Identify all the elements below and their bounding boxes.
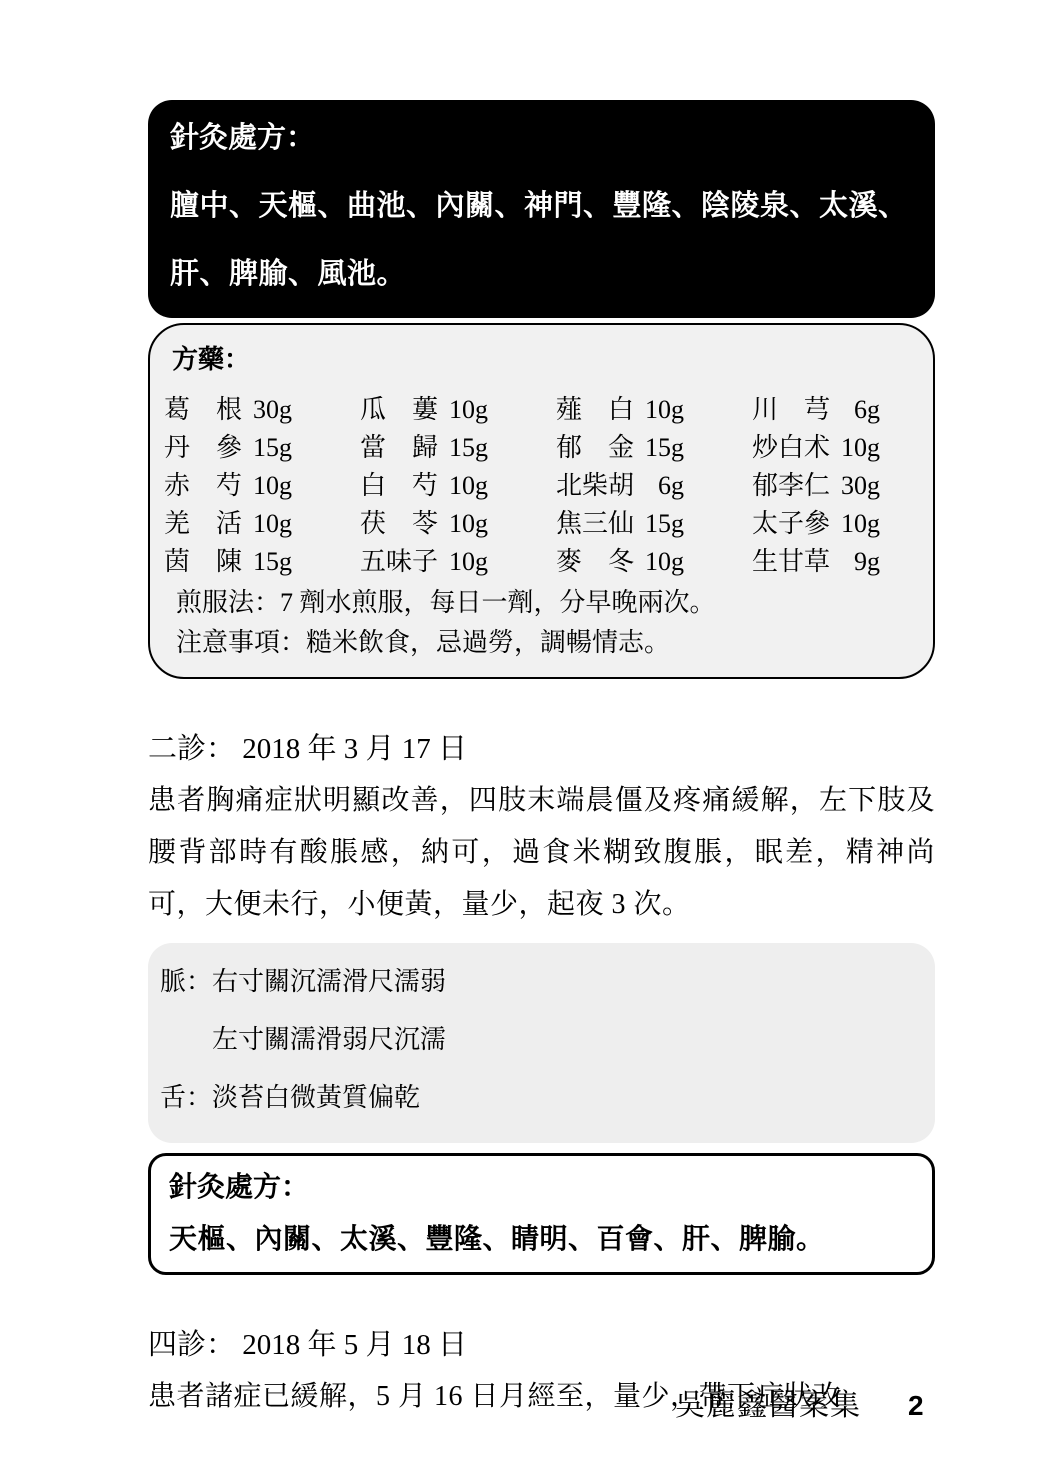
herb-dose: 15g <box>645 505 684 543</box>
herb-name: 生甘草 <box>752 543 830 581</box>
herb-name: 五味子 <box>360 543 438 581</box>
herb-item: 葛 根30g <box>164 391 292 429</box>
herb-name: 葛 根 <box>164 391 242 429</box>
herb-name: 焦三仙 <box>556 505 634 543</box>
visit-4-heading: 四診： 2018 年 5 月 18 日 <box>148 1319 935 1371</box>
herb-item: 薤 白10g <box>556 391 684 429</box>
herb-dose: 10g <box>841 429 880 467</box>
herb-item: 五味子10g <box>360 543 488 581</box>
pulse-right-line: 脈：右寸關沉濡滑尺濡弱 <box>160 953 917 1011</box>
herbal-box-title: 方藥： <box>158 341 915 379</box>
acupuncture-prescription-box-1: 針灸處方： 膻中、天樞、曲池、內關、神門、豐隆、陰陵泉、太溪、 肝、脾腧、風池。 <box>148 100 935 318</box>
acupuncture-box-2-points-line: 天樞、內關、太溪、豐隆、睛明、百會、肝、脾腧。 <box>169 1220 914 1258</box>
herb-item: 當 歸15g <box>360 429 488 467</box>
herb-item: 炒白术10g <box>752 429 880 467</box>
footer-book-title: 吳麗鑫醫案集 <box>675 1384 861 1428</box>
herb-item: 郁 金15g <box>556 429 684 467</box>
herb-item: 丹 參15g <box>164 429 292 467</box>
herb-item: 茯 苓10g <box>360 505 488 543</box>
pulse-tongue-box: 脈：右寸關沉濡滑尺濡弱 左寸關濡滑弱尺沉濡 舌：淡苔白微黃質偏乾 <box>148 943 935 1143</box>
herb-item: 郁李仁30g <box>752 467 880 505</box>
herb-name: 北柴胡 <box>556 467 634 505</box>
herb-dose: 10g <box>645 391 684 429</box>
page-content: 針灸處方： 膻中、天樞、曲池、內關、神門、豐隆、陰陵泉、太溪、 肝、脾腧、風池。… <box>148 100 935 1423</box>
tongue-line: 舌：淡苔白微黃質偏乾 <box>160 1069 917 1127</box>
herb-grid: 葛 根30g 瓜 蔞10g 薤 白10g 川 芎6g 丹 參15g 當 歸15g… <box>158 391 915 581</box>
pulse-left-line: 左寸關濡滑弱尺沉濡 <box>160 1011 917 1069</box>
decoction-method-line: 煎服法：7 劑水煎服，每日一劑，分早晚兩次。 <box>158 584 915 621</box>
visit-2-heading: 二診： 2018 年 3 月 17 日 <box>148 723 935 775</box>
herb-name: 羌 活 <box>164 505 242 543</box>
herb-item: 瓜 蔞10g <box>360 391 488 429</box>
herb-item: 白 芍10g <box>360 467 488 505</box>
herb-item: 羌 活10g <box>164 505 292 543</box>
herb-dose: 10g <box>253 505 292 543</box>
herb-dose: 10g <box>449 543 488 581</box>
herb-name: 麥 冬 <box>556 543 634 581</box>
acupuncture-box-1-title: 針灸處方： <box>170 118 913 158</box>
herb-name: 薤 白 <box>556 391 634 429</box>
herb-dose: 10g <box>253 467 292 505</box>
herb-name: 郁 金 <box>556 429 634 467</box>
herb-dose: 15g <box>645 429 684 467</box>
herb-name: 當 歸 <box>360 429 438 467</box>
herb-item: 焦三仙15g <box>556 505 684 543</box>
herb-item: 太子參10g <box>752 505 880 543</box>
herb-dose: 15g <box>449 429 488 467</box>
herb-dose: 30g <box>253 391 292 429</box>
herb-dose: 15g <box>253 429 292 467</box>
page-footer: 吳麗鑫醫案集 2 <box>0 1384 1038 1428</box>
herb-dose: 6g <box>658 467 684 505</box>
acupuncture-box-2-title: 針灸處方： <box>169 1168 914 1206</box>
herb-dose: 10g <box>449 505 488 543</box>
herb-item: 北柴胡6g <box>556 467 684 505</box>
visit-2-paragraph: 患者胸痛症狀明顯改善，四肢末端晨僵及疼痛緩解，左下肢及腰背部時有酸脹感，納可，過… <box>148 775 935 931</box>
herb-item: 生甘草9g <box>752 543 880 581</box>
herb-item: 麥 冬10g <box>556 543 684 581</box>
herb-dose: 10g <box>449 467 488 505</box>
herb-name: 太子參 <box>752 505 830 543</box>
precautions-line: 注意事項：糙米飲食，忌過勞，調暢情志。 <box>158 624 915 661</box>
herb-name: 瓜 蔞 <box>360 391 438 429</box>
herb-name: 茯 苓 <box>360 505 438 543</box>
herb-dose: 10g <box>841 505 880 543</box>
acupuncture-prescription-box-2: 針灸處方： 天樞、內關、太溪、豐隆、睛明、百會、肝、脾腧。 <box>148 1153 935 1275</box>
herb-dose: 10g <box>645 543 684 581</box>
herb-dose: 15g <box>253 543 292 581</box>
herbal-formula-box: 方藥： 葛 根30g 瓜 蔞10g 薤 白10g 川 芎6g 丹 參15g 當 … <box>148 323 935 679</box>
herb-dose: 6g <box>854 391 880 429</box>
acupuncture-box-1-points-line-1: 膻中、天樞、曲池、內關、神門、豐隆、陰陵泉、太溪、 <box>170 186 913 226</box>
footer-page-number: 2 <box>908 1384 924 1428</box>
herb-dose: 9g <box>854 543 880 581</box>
herb-name: 川 芎 <box>752 391 830 429</box>
document-page: 針灸處方： 膻中、天樞、曲池、內關、神門、豐隆、陰陵泉、太溪、 肝、脾腧、風池。… <box>0 0 1038 1466</box>
herb-name: 丹 參 <box>164 429 242 467</box>
herb-dose: 10g <box>449 391 488 429</box>
herb-item: 川 芎6g <box>752 391 880 429</box>
herb-dose: 30g <box>841 467 880 505</box>
herb-name: 炒白术 <box>752 429 830 467</box>
herb-name: 茵 陳 <box>164 543 242 581</box>
herb-name: 赤 芍 <box>164 467 242 505</box>
herb-item: 茵 陳15g <box>164 543 292 581</box>
herb-name: 郁李仁 <box>752 467 830 505</box>
herb-item: 赤 芍10g <box>164 467 292 505</box>
herb-name: 白 芍 <box>360 467 438 505</box>
acupuncture-box-1-points-line-2: 肝、脾腧、風池。 <box>170 254 913 294</box>
